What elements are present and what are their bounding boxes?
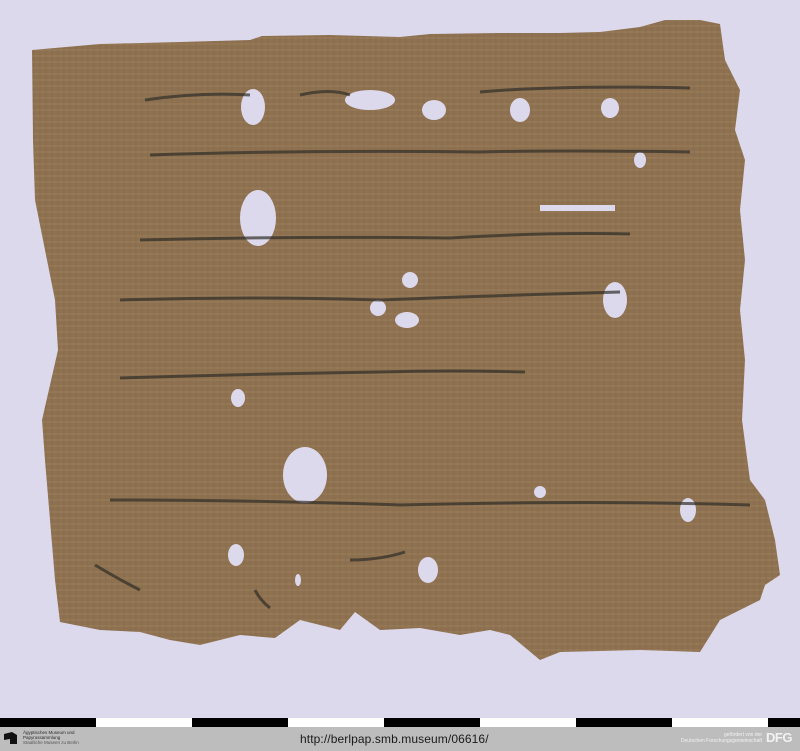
record-url[interactable]: http://berlpap.smb.museum/06616/ <box>300 732 489 746</box>
footer-bar: Ägyptisches Museum und Papyrussammlung S… <box>0 727 800 751</box>
photo-background <box>0 0 800 718</box>
scale-bar <box>0 718 800 727</box>
institution-line-3: Staatliche Museen zu Berlin <box>23 740 79 745</box>
papyrus-sheet <box>32 20 780 660</box>
museum-logo-icon <box>4 731 17 744</box>
papyrus-fragment <box>0 0 800 718</box>
dfg-logo: gefördert von der Deutschen Forschungsge… <box>681 730 792 745</box>
museum-logo: Ägyptisches Museum und Papyrussammlung S… <box>4 730 79 745</box>
funding-line-2: Deutschen Forschungsgemeinschaft <box>681 738 762 744</box>
dfg-logo-mark: DFG <box>766 730 792 745</box>
